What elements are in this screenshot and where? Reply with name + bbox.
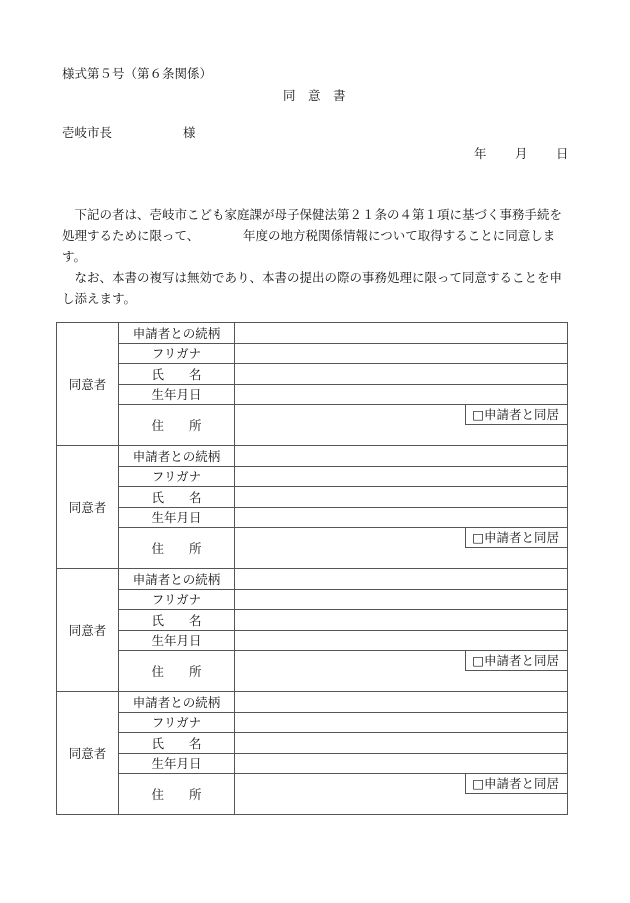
consent-table: 同意者申請者との続柄フリガナ氏 名生年月日住 所□申請者と同居同意者申請者との続… xyxy=(56,322,568,815)
table-row: フリガナ xyxy=(57,712,568,733)
consent-body: 下記の者は、壱岐市こども家庭課が母子保健法第２１条の４第１項に基づく事務手続を処… xyxy=(62,204,568,309)
cohabit-checkbox[interactable]: □申請者と同居 xyxy=(465,774,567,794)
furigana-field[interactable] xyxy=(235,466,568,487)
table-row: フリガナ xyxy=(57,589,568,610)
relation-label: 申請者との続柄 xyxy=(119,323,235,344)
furigana-label: フリガナ xyxy=(119,712,235,733)
address-field[interactable]: □申請者と同居 xyxy=(235,528,568,569)
date-year: 年 xyxy=(474,146,487,162)
consent-paragraph-1: 下記の者は、壱岐市こども家庭課が母子保健法第２１条の４第１項に基づく事務手続を処… xyxy=(62,204,568,267)
cohabit-checkbox[interactable]: □申請者と同居 xyxy=(465,651,567,671)
cohabit-checkbox[interactable]: □申請者と同居 xyxy=(465,528,567,548)
table-row: 生年月日 xyxy=(57,630,568,651)
address-field[interactable]: □申請者と同居 xyxy=(235,651,568,692)
table-row: 氏 名 xyxy=(57,487,568,508)
table-row: 生年月日 xyxy=(57,384,568,405)
name-label: 氏 名 xyxy=(119,610,235,631)
birth-label: 生年月日 xyxy=(119,384,235,405)
address-label: 住 所 xyxy=(119,651,235,692)
name-label: 氏 名 xyxy=(119,733,235,754)
furigana-label: フリガナ xyxy=(119,589,235,610)
relation-field[interactable] xyxy=(235,692,568,713)
document-title: 同 意 書 xyxy=(283,88,346,104)
birth-label: 生年月日 xyxy=(119,630,235,651)
birth-field[interactable] xyxy=(235,507,568,528)
relation-field[interactable] xyxy=(235,569,568,590)
table-row: 生年月日 xyxy=(57,507,568,528)
relation-field[interactable] xyxy=(235,323,568,344)
consenter-group-label: 同意者 xyxy=(57,323,119,446)
name-field[interactable] xyxy=(235,364,568,385)
table-row: 住 所□申請者と同居 xyxy=(57,651,568,692)
table-row: 氏 名 xyxy=(57,364,568,385)
address-label: 住 所 xyxy=(119,528,235,569)
addressee-honorific: 様 xyxy=(183,125,196,141)
date-day: 日 xyxy=(556,146,569,162)
table-row: 住 所□申請者と同居 xyxy=(57,528,568,569)
birth-field[interactable] xyxy=(235,753,568,774)
consent-paragraph-2: なお、本書の複写は無効であり、本書の提出の際の事務処理に限って同意することを申し… xyxy=(62,267,568,309)
addressee-name: 壱岐市長 xyxy=(62,125,112,141)
table-row: 同意者申請者との続柄 xyxy=(57,446,568,467)
furigana-field[interactable] xyxy=(235,589,568,610)
relation-label: 申請者との続柄 xyxy=(119,446,235,467)
consenter-group-label: 同意者 xyxy=(57,446,119,569)
furigana-field[interactable] xyxy=(235,343,568,364)
table-row: 住 所□申請者と同居 xyxy=(57,774,568,815)
relation-label: 申請者との続柄 xyxy=(119,569,235,590)
address-label: 住 所 xyxy=(119,774,235,815)
table-row: 同意者申請者との続柄 xyxy=(57,323,568,344)
name-label: 氏 名 xyxy=(119,364,235,385)
table-row: フリガナ xyxy=(57,466,568,487)
table-row: 生年月日 xyxy=(57,753,568,774)
date-month: 月 xyxy=(515,146,528,162)
form-number: 様式第５号（第６条関係） xyxy=(62,66,212,82)
name-label: 氏 名 xyxy=(119,487,235,508)
address-field[interactable]: □申請者と同居 xyxy=(235,405,568,446)
birth-label: 生年月日 xyxy=(119,753,235,774)
furigana-field[interactable] xyxy=(235,712,568,733)
name-field[interactable] xyxy=(235,733,568,754)
table-row: 氏 名 xyxy=(57,733,568,754)
table-row: フリガナ xyxy=(57,343,568,364)
birth-field[interactable] xyxy=(235,384,568,405)
table-row: 同意者申請者との続柄 xyxy=(57,569,568,590)
consenter-group-label: 同意者 xyxy=(57,692,119,815)
table-row: 住 所□申請者と同居 xyxy=(57,405,568,446)
name-field[interactable] xyxy=(235,487,568,508)
furigana-label: フリガナ xyxy=(119,343,235,364)
birth-label: 生年月日 xyxy=(119,507,235,528)
birth-field[interactable] xyxy=(235,630,568,651)
table-row: 氏 名 xyxy=(57,610,568,631)
name-field[interactable] xyxy=(235,610,568,631)
furigana-label: フリガナ xyxy=(119,466,235,487)
address-label: 住 所 xyxy=(119,405,235,446)
relation-label: 申請者との続柄 xyxy=(119,692,235,713)
table-row: 同意者申請者との続柄 xyxy=(57,692,568,713)
cohabit-checkbox[interactable]: □申請者と同居 xyxy=(465,405,567,425)
consenter-group-label: 同意者 xyxy=(57,569,119,692)
relation-field[interactable] xyxy=(235,446,568,467)
address-field[interactable]: □申請者と同居 xyxy=(235,774,568,815)
